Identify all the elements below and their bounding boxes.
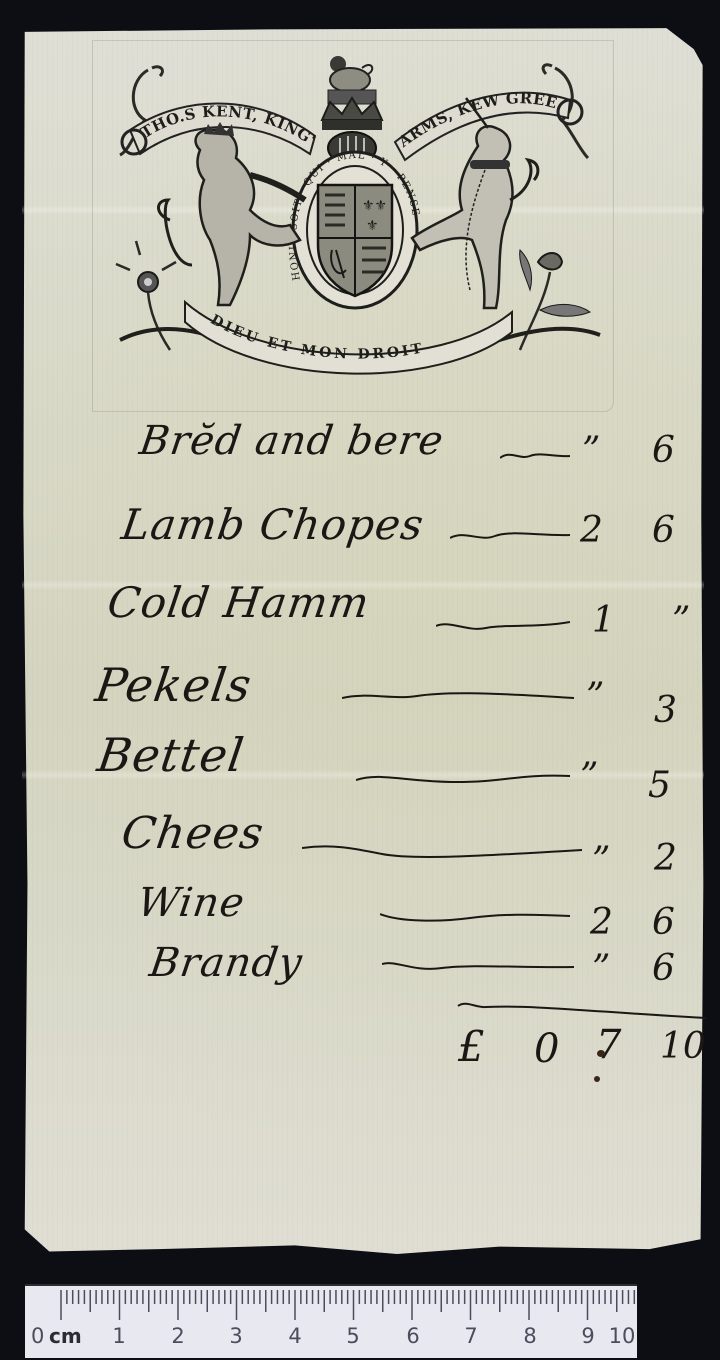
shillings-value: ” (582, 430, 600, 471)
line-item-label: Brandy (147, 940, 306, 986)
ruler-label: 2 (171, 1324, 184, 1348)
pence-value: 6 (652, 948, 675, 989)
leader-line (302, 844, 582, 858)
ruler-label: 4 (288, 1324, 301, 1348)
total-currency-symbol: £ (458, 1022, 485, 1071)
ruler-unit-label: cm (49, 1324, 82, 1348)
shillings-value: 2 (580, 510, 603, 551)
ruler-label: 10 (609, 1324, 636, 1348)
line-item-label: Cold Hamm (105, 578, 373, 627)
pence-value: 6 (652, 902, 675, 943)
leader-line (382, 960, 574, 974)
pence-value: ” (672, 600, 690, 641)
scale-ruler: 0 cm 1 2 3 4 5 6 7 8 9 10 (25, 1284, 637, 1358)
shillings-value: ” (586, 676, 604, 717)
ink-blot (594, 1076, 600, 1082)
line-item-label: Pekels (92, 658, 255, 712)
ink-blot (597, 1050, 605, 1057)
shillings-value: ” (592, 948, 610, 989)
shillings-value: ” (592, 840, 610, 881)
line-item-label: Bettel (94, 728, 248, 782)
pence-value: 5 (648, 765, 671, 806)
pence-value: 3 (654, 690, 677, 731)
ruler-label: 7 (464, 1324, 477, 1348)
leader-line (342, 690, 574, 704)
pence-value: 6 (652, 430, 675, 471)
ruler-ticks (25, 1286, 637, 1326)
total-shillings: 7 (596, 1022, 621, 1068)
pence-value: 2 (654, 838, 677, 879)
total-pounds: 0 (534, 1026, 559, 1072)
ruler-label: 3 (229, 1324, 242, 1348)
line-item-label: Lamb Chopes (119, 500, 428, 549)
line-item-label: Chees (118, 808, 267, 859)
ruler-label: 9 (581, 1324, 594, 1348)
bill-items: Brĕd and bere ” 6 Lamb Chopes 2 6 Cold H… (0, 0, 720, 1100)
total-pence: 10 (660, 1026, 706, 1067)
line-item-label: Brĕd and bere (137, 418, 447, 464)
ruler-label: 1 (112, 1324, 125, 1348)
line-item-label: Wine (135, 880, 248, 926)
leader-line (500, 450, 570, 464)
leader-line (356, 772, 570, 786)
shillings-value: 2 (590, 902, 613, 943)
ruler-label: 6 (406, 1324, 419, 1348)
ruler-zero-label: 0 (31, 1324, 44, 1348)
ruler-label: 5 (346, 1324, 359, 1348)
shillings-value: ” (580, 756, 598, 797)
ruler-label: 8 (523, 1324, 536, 1348)
leader-line (436, 620, 570, 634)
leader-line (380, 912, 570, 926)
leader-line (450, 530, 570, 544)
total-rule (456, 1000, 706, 1020)
shillings-value: 1 (592, 600, 615, 641)
pence-value: 6 (652, 510, 675, 551)
